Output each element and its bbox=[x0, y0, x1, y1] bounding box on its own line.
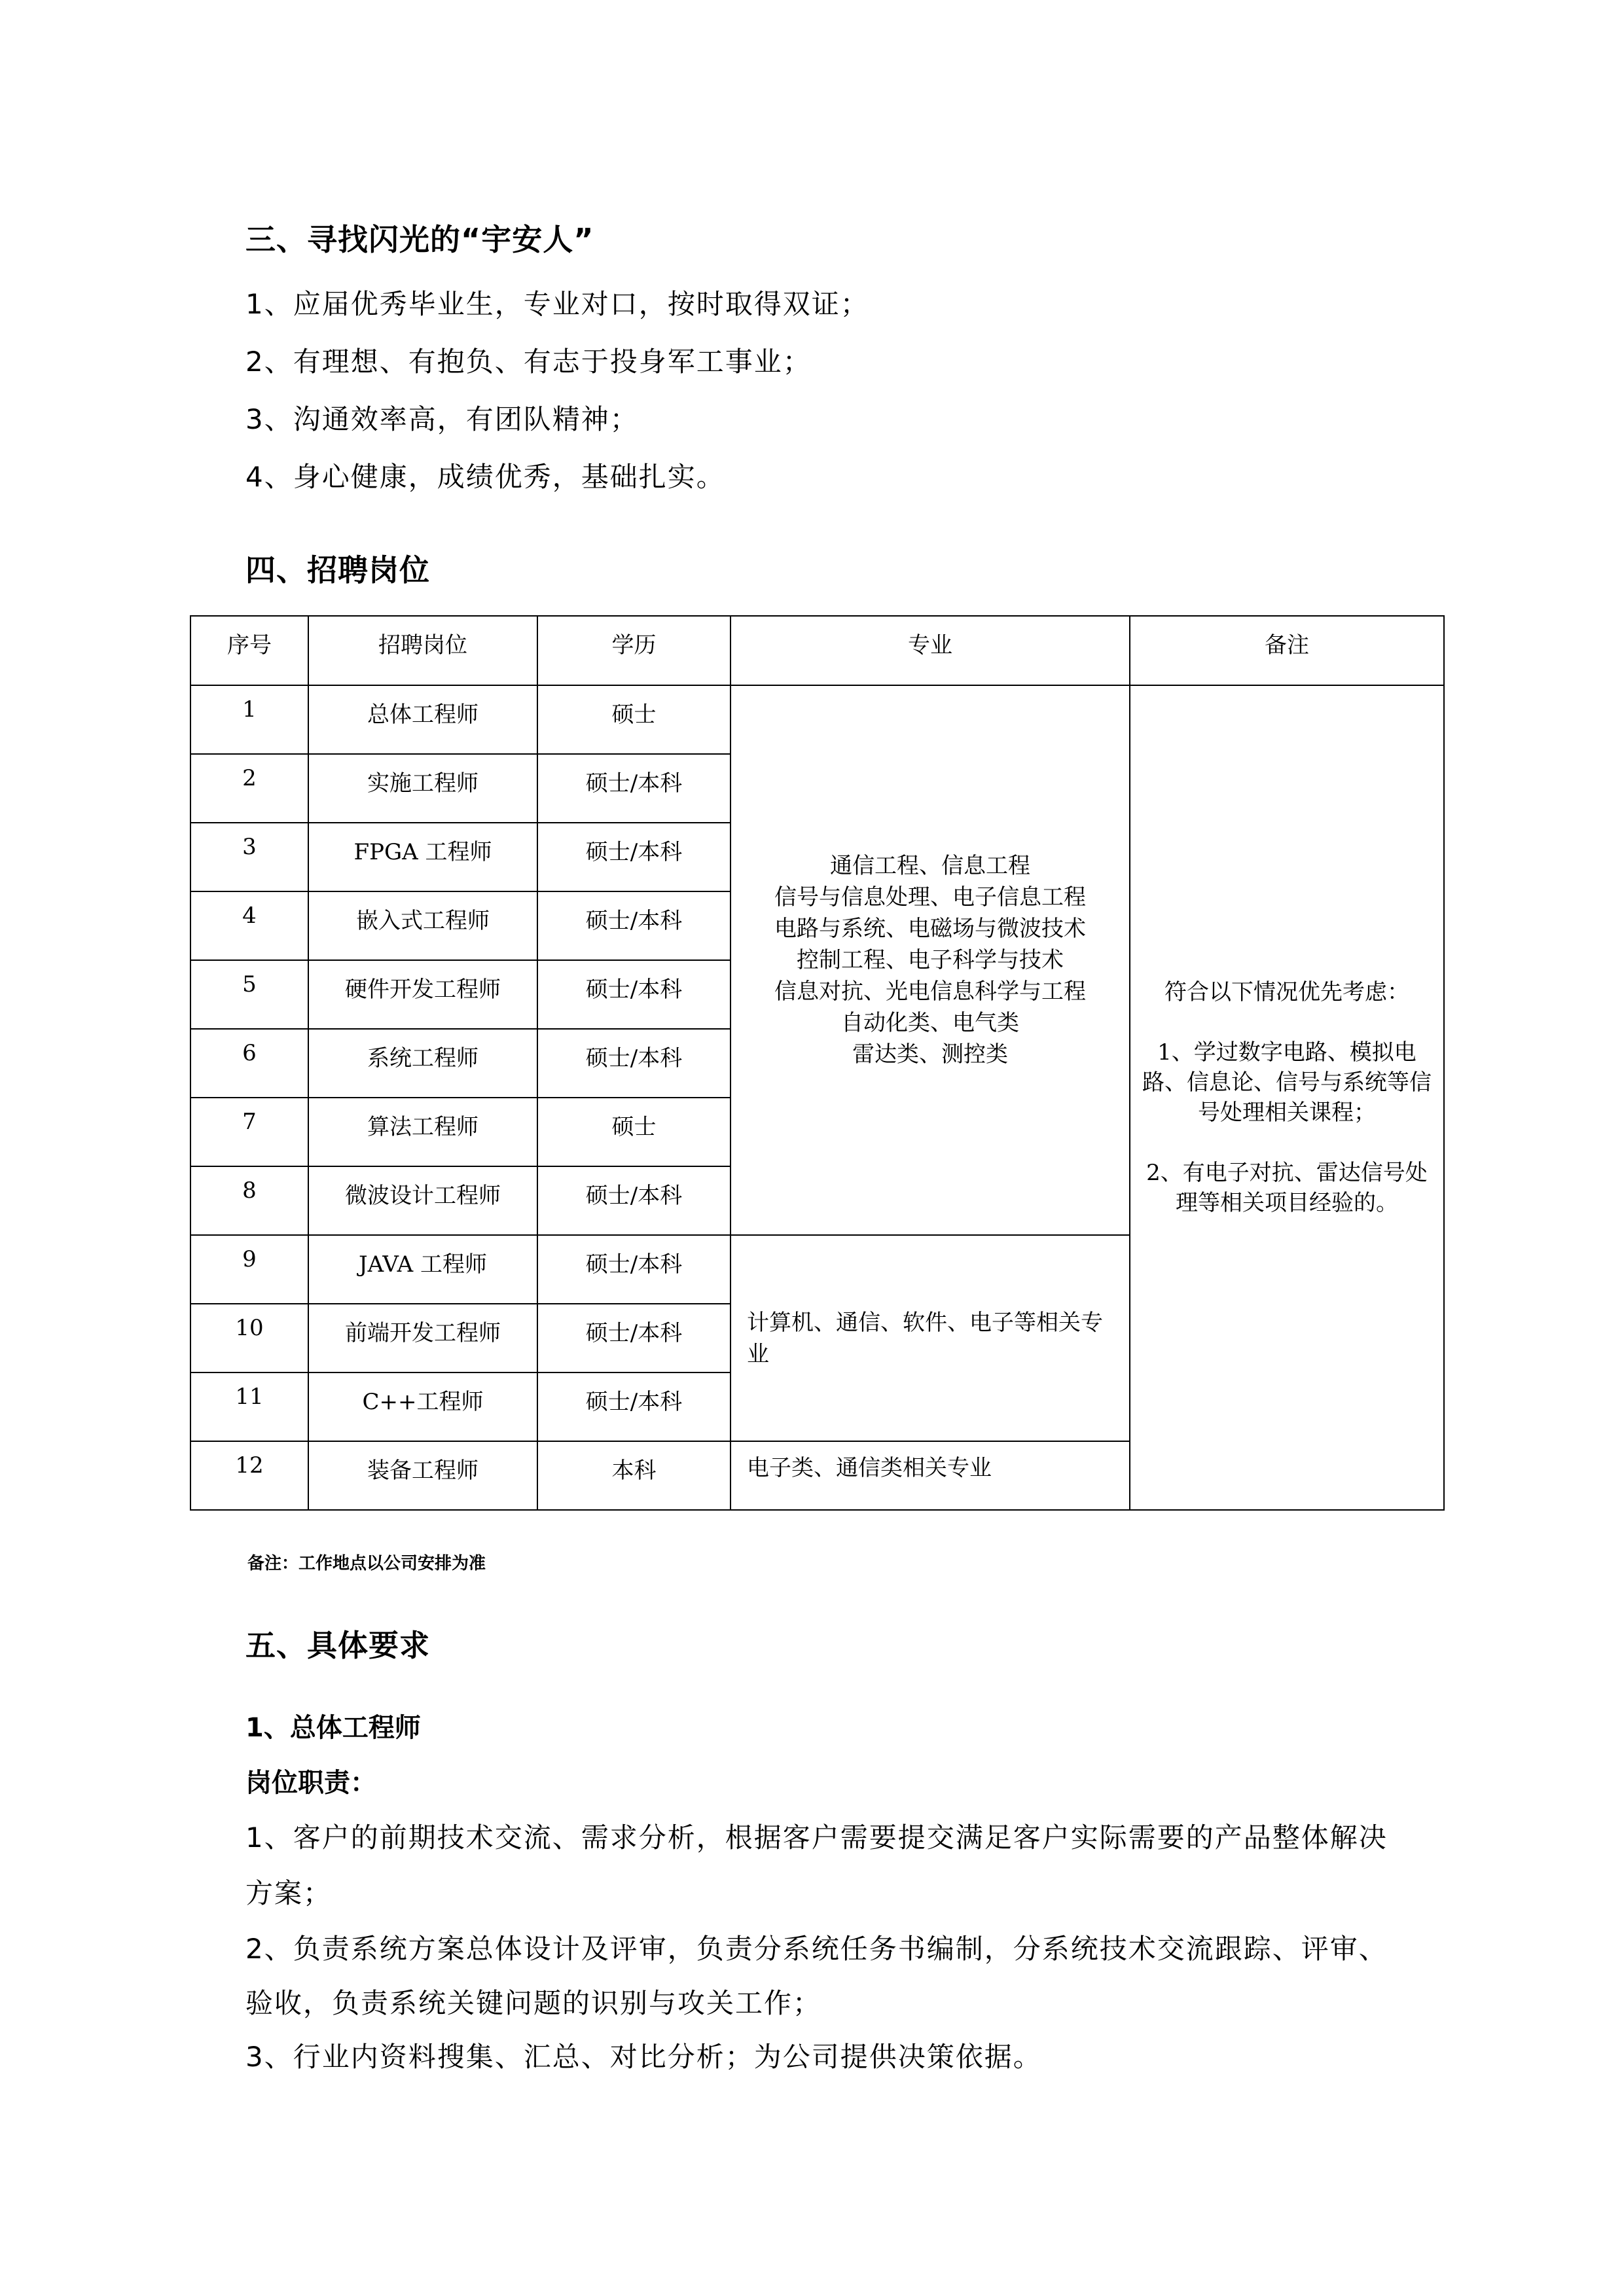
cell-degree: 硕士/本科 bbox=[537, 1235, 731, 1304]
duty-line: 验收，负责系统关键问题的识别与攻关工作； bbox=[245, 1982, 821, 2021]
cell-position: 嵌入式工程师 bbox=[308, 891, 537, 960]
major-line: 控制工程、电子科学与技术 bbox=[736, 944, 1124, 976]
duty-line: 1、客户的前期技术交流、需求分析，根据客户需要提交满足客户实际需要的产品整体解决 bbox=[245, 1816, 1388, 1856]
cell-position: 硬件开发工程师 bbox=[308, 960, 537, 1029]
header-degree: 学历 bbox=[537, 616, 731, 685]
cell-position: 微波设计工程师 bbox=[308, 1166, 537, 1235]
cell-no: 8 bbox=[190, 1166, 308, 1235]
header-no: 序号 bbox=[190, 616, 308, 685]
cell-degree: 硕士/本科 bbox=[537, 754, 731, 823]
cell-no: 1 bbox=[190, 685, 308, 754]
job-subtitle: 1、总体工程师 bbox=[245, 1707, 421, 1744]
cell-no: 4 bbox=[190, 891, 308, 960]
table-note: 备注：工作地点以公司安排为准 bbox=[247, 1550, 486, 1574]
cell-no: 9 bbox=[190, 1235, 308, 1304]
section-3-item: 1、应届优秀毕业生，专业对口，按时取得双证； bbox=[245, 283, 869, 322]
cell-degree: 硕士/本科 bbox=[537, 960, 731, 1029]
table-header-row: 序号 招聘岗位 学历 专业 备注 bbox=[190, 616, 1444, 685]
cell-remark: 符合以下情况优先考虑： 1、学过数字电路、模拟电路、信息论、信号与系统等信号处理… bbox=[1130, 685, 1444, 1510]
remark-item-1: 1、学过数字电路、模拟电路、信息论、信号与系统等信号处理相关课程； bbox=[1142, 1037, 1432, 1128]
cell-major-group-2: 计算机、通信、软件、电子等相关专业 bbox=[731, 1235, 1130, 1441]
header-major: 专业 bbox=[731, 616, 1130, 685]
section-3-item: 4、身心健康，成绩优秀，基础扎实。 bbox=[245, 456, 725, 495]
cell-position: 装备工程师 bbox=[308, 1441, 537, 1510]
major-line: 信号与信息处理、电子信息工程 bbox=[736, 882, 1124, 913]
duty-line: 3、行业内资料搜集、汇总、对比分析；为公司提供决策依据。 bbox=[245, 2036, 1042, 2075]
section-3-item: 2、有理想、有抱负、有志于投身军工事业； bbox=[245, 340, 812, 380]
cell-position: 实施工程师 bbox=[308, 754, 537, 823]
remark-intro: 符合以下情况优先考虑： bbox=[1142, 977, 1432, 1007]
cell-no: 3 bbox=[190, 823, 308, 891]
cell-degree: 硕士 bbox=[537, 685, 731, 754]
cell-degree: 硕士/本科 bbox=[537, 823, 731, 891]
major-line: 雷达类、测控类 bbox=[736, 1039, 1124, 1070]
cell-position: FPGA 工程师 bbox=[308, 823, 537, 891]
cell-no: 7 bbox=[190, 1098, 308, 1166]
cell-position: 系统工程师 bbox=[308, 1029, 537, 1098]
cell-no: 2 bbox=[190, 754, 308, 823]
duty-line: 方案； bbox=[245, 1872, 332, 1911]
cell-no: 6 bbox=[190, 1029, 308, 1098]
major-line: 通信工程、信息工程 bbox=[736, 850, 1124, 882]
section-3-item: 3、沟通效率高，有团队精神； bbox=[245, 398, 639, 437]
cell-position: C++工程师 bbox=[308, 1372, 537, 1441]
cell-no: 12 bbox=[190, 1441, 308, 1510]
section-5-title: 五、具体要求 bbox=[245, 1622, 430, 1665]
cell-major-group-1: 通信工程、信息工程 信号与信息处理、电子信息工程 电路与系统、电磁场与微波技术 … bbox=[731, 685, 1130, 1235]
cell-degree: 硕士/本科 bbox=[537, 1166, 731, 1235]
cell-no: 10 bbox=[190, 1304, 308, 1372]
cell-position: 前端开发工程师 bbox=[308, 1304, 537, 1372]
recruitment-table: 序号 招聘岗位 学历 专业 备注 1 总体工程师 硕士 通信工程、信息工程 信号… bbox=[190, 615, 1445, 1511]
cell-no: 11 bbox=[190, 1372, 308, 1441]
remark-item-2: 2、有电子对抗、雷达信号处理等相关项目经验的。 bbox=[1142, 1158, 1432, 1218]
cell-degree: 硕士/本科 bbox=[537, 891, 731, 960]
major-line: 自动化类、电气类 bbox=[736, 1007, 1124, 1039]
cell-major-group-3: 电子类、通信类相关专业 bbox=[731, 1441, 1130, 1510]
cell-position: 算法工程师 bbox=[308, 1098, 537, 1166]
cell-degree: 本科 bbox=[537, 1441, 731, 1510]
cell-degree: 硕士/本科 bbox=[537, 1304, 731, 1372]
duties-label: 岗位职责： bbox=[245, 1762, 376, 1799]
header-position: 招聘岗位 bbox=[308, 616, 537, 685]
cell-position: JAVA 工程师 bbox=[308, 1235, 537, 1304]
cell-no: 5 bbox=[190, 960, 308, 1029]
cell-degree: 硕士 bbox=[537, 1098, 731, 1166]
cell-position: 总体工程师 bbox=[308, 685, 537, 754]
duty-line: 2、负责系统方案总体设计及评审，负责分系统任务书编制，分系统技术交流跟踪、评审、 bbox=[245, 1928, 1388, 1967]
cell-degree: 硕士/本科 bbox=[537, 1029, 731, 1098]
major-line: 电路与系统、电磁场与微波技术 bbox=[736, 913, 1124, 944]
table-row: 1 总体工程师 硕士 通信工程、信息工程 信号与信息处理、电子信息工程 电路与系… bbox=[190, 685, 1444, 754]
section-3-title: 三、寻找闪光的“宇安人” bbox=[245, 216, 594, 259]
section-4-title: 四、招聘岗位 bbox=[245, 547, 430, 590]
header-remark: 备注 bbox=[1130, 616, 1444, 685]
major-line: 信息对抗、光电信息科学与工程 bbox=[736, 976, 1124, 1007]
cell-degree: 硕士/本科 bbox=[537, 1372, 731, 1441]
